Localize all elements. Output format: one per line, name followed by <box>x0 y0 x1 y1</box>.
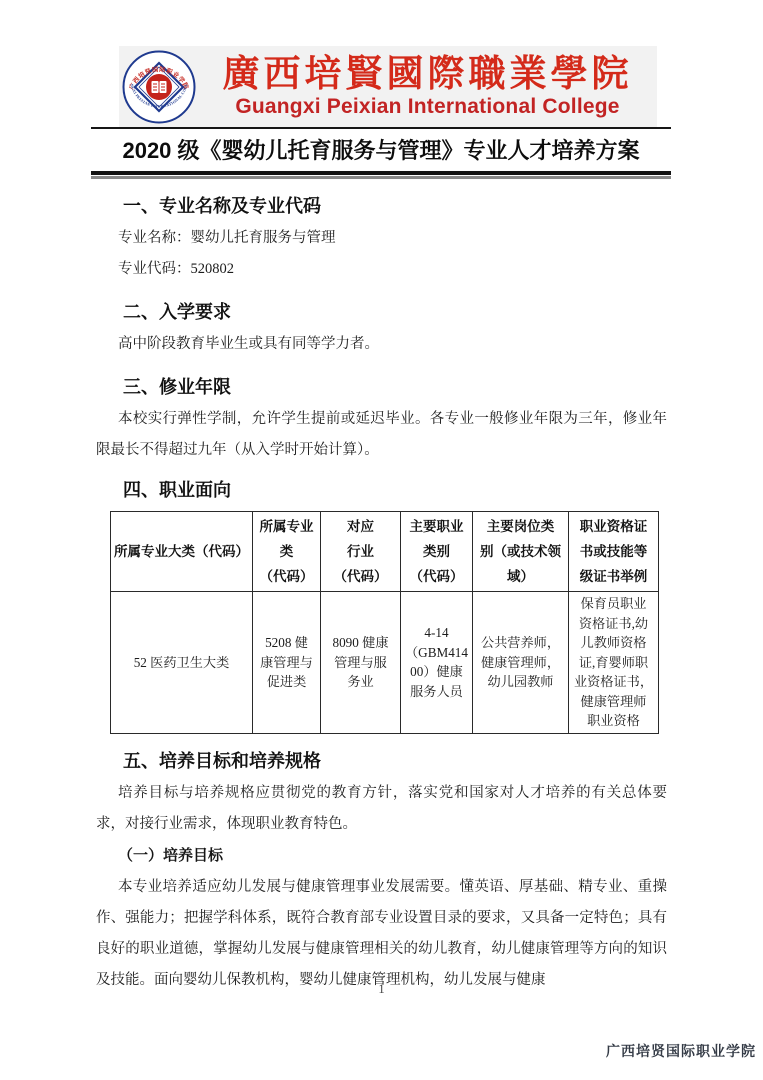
header-cell-major-class: 所属专业 类 （代码） <box>253 512 321 592</box>
college-name-english: Guangxi Peixian International College <box>208 95 647 119</box>
college-name-block: 廣西培賢國際職業學院 Guangxi Peixian International… <box>208 55 657 119</box>
cell-occupation-type: 4-14 （GBM414 00）健康 服务人员 <box>401 592 473 734</box>
section-5-heading: 五、培养目标和培养规格 <box>123 749 667 773</box>
section-2-heading: 二、入学要求 <box>123 300 667 324</box>
page-number: 1 <box>0 982 763 997</box>
title-underline <box>91 176 671 179</box>
section-5-paragraph: 培养目标与培养规格应贯彻党的教育方针，落实党和国家对人才培养的有关总体要求，对接… <box>96 778 667 840</box>
subsection-1-paragraph: 本专业培养适应幼儿发展与健康管理事业发展需要。懂英语、厚基础、精专业、重操作、强… <box>96 872 667 996</box>
document-title-bar: 2020 级《婴幼儿托育服务与管理》专业人才培养方案 <box>91 127 671 175</box>
header-cell-major-category: 所属专业大类（代码） <box>111 512 253 592</box>
major-code-line: 专业代码：520802 <box>96 254 667 285</box>
cell-industry: 8090 健康 管理与服 务业 <box>321 592 401 734</box>
header-cell-industry: 对应 行业 （代码） <box>321 512 401 592</box>
cell-major-category: 52 医药卫生大类 <box>111 592 253 734</box>
section-3-paragraph: 本校实行弹性学制，允许学生提前或延迟毕业。各专业一般修业年限为三年，修业年限最长… <box>96 404 667 466</box>
college-name-chinese: 廣西培賢國際職業學院 <box>208 55 647 95</box>
subsection-1-heading: （一）培养目标 <box>96 841 667 872</box>
career-orientation-table: 所属专业大类（代码） 所属专业 类 （代码） 对应 行业 （代码） 主要职业 类… <box>110 511 659 734</box>
header-logo-band: 广西培贤国际职业学院 GUANGXI PEIXIAN INTERNATIONAL… <box>119 46 657 127</box>
section-2-paragraph: 高中阶段教育毕业生或具有同等学力者。 <box>96 329 667 360</box>
document-page: 广西培贤国际职业学院 GUANGXI PEIXIAN INTERNATIONAL… <box>0 0 763 1080</box>
section-1-heading: 一、专业名称及专业代码 <box>123 194 667 218</box>
table-header-row: 所属专业大类（代码） 所属专业 类 （代码） 对应 行业 （代码） 主要职业 类… <box>111 512 659 592</box>
document-body: 一、专业名称及专业代码 专业名称：婴幼儿托育服务与管理 专业代码：520802 … <box>96 194 667 996</box>
major-name-line: 专业名称：婴幼儿托育服务与管理 <box>96 223 667 254</box>
header-cell-post-type: 主要岗位类 别（或技术领 域） <box>473 512 569 592</box>
header-cell-occupation-type: 主要职业 类别 （代码） <box>401 512 473 592</box>
table-data-row: 52 医药卫生大类 5208 健 康管理与 促进类 8090 健康 管理与服 务… <box>111 592 659 734</box>
cell-certificates: 保育员职业 资格证书,幼 儿教师资格 证,育婴师职 业资格证书， 健康管理师 职… <box>569 592 659 734</box>
header-cell-certificates: 职业资格证 书或技能等 级证书举例 <box>569 512 659 592</box>
page-header: 广西培贤国际职业学院 GUANGXI PEIXIAN INTERNATIONAL… <box>91 46 671 179</box>
college-seal-icon: 广西培贤国际职业学院 GUANGXI PEIXIAN INTERNATIONAL… <box>122 50 196 124</box>
section-3-heading: 三、修业年限 <box>123 375 667 399</box>
document-title: 2020 级《婴幼儿托育服务与管理》专业人才培养方案 <box>91 136 671 166</box>
cell-post-type: 公共营养师， 健康管理师， 幼儿园教师 <box>473 592 569 734</box>
section-4-heading: 四、职业面向 <box>123 478 667 502</box>
footer-school-name: 广西培贤国际职业学院 <box>606 1041 756 1061</box>
cell-major-class: 5208 健 康管理与 促进类 <box>253 592 321 734</box>
